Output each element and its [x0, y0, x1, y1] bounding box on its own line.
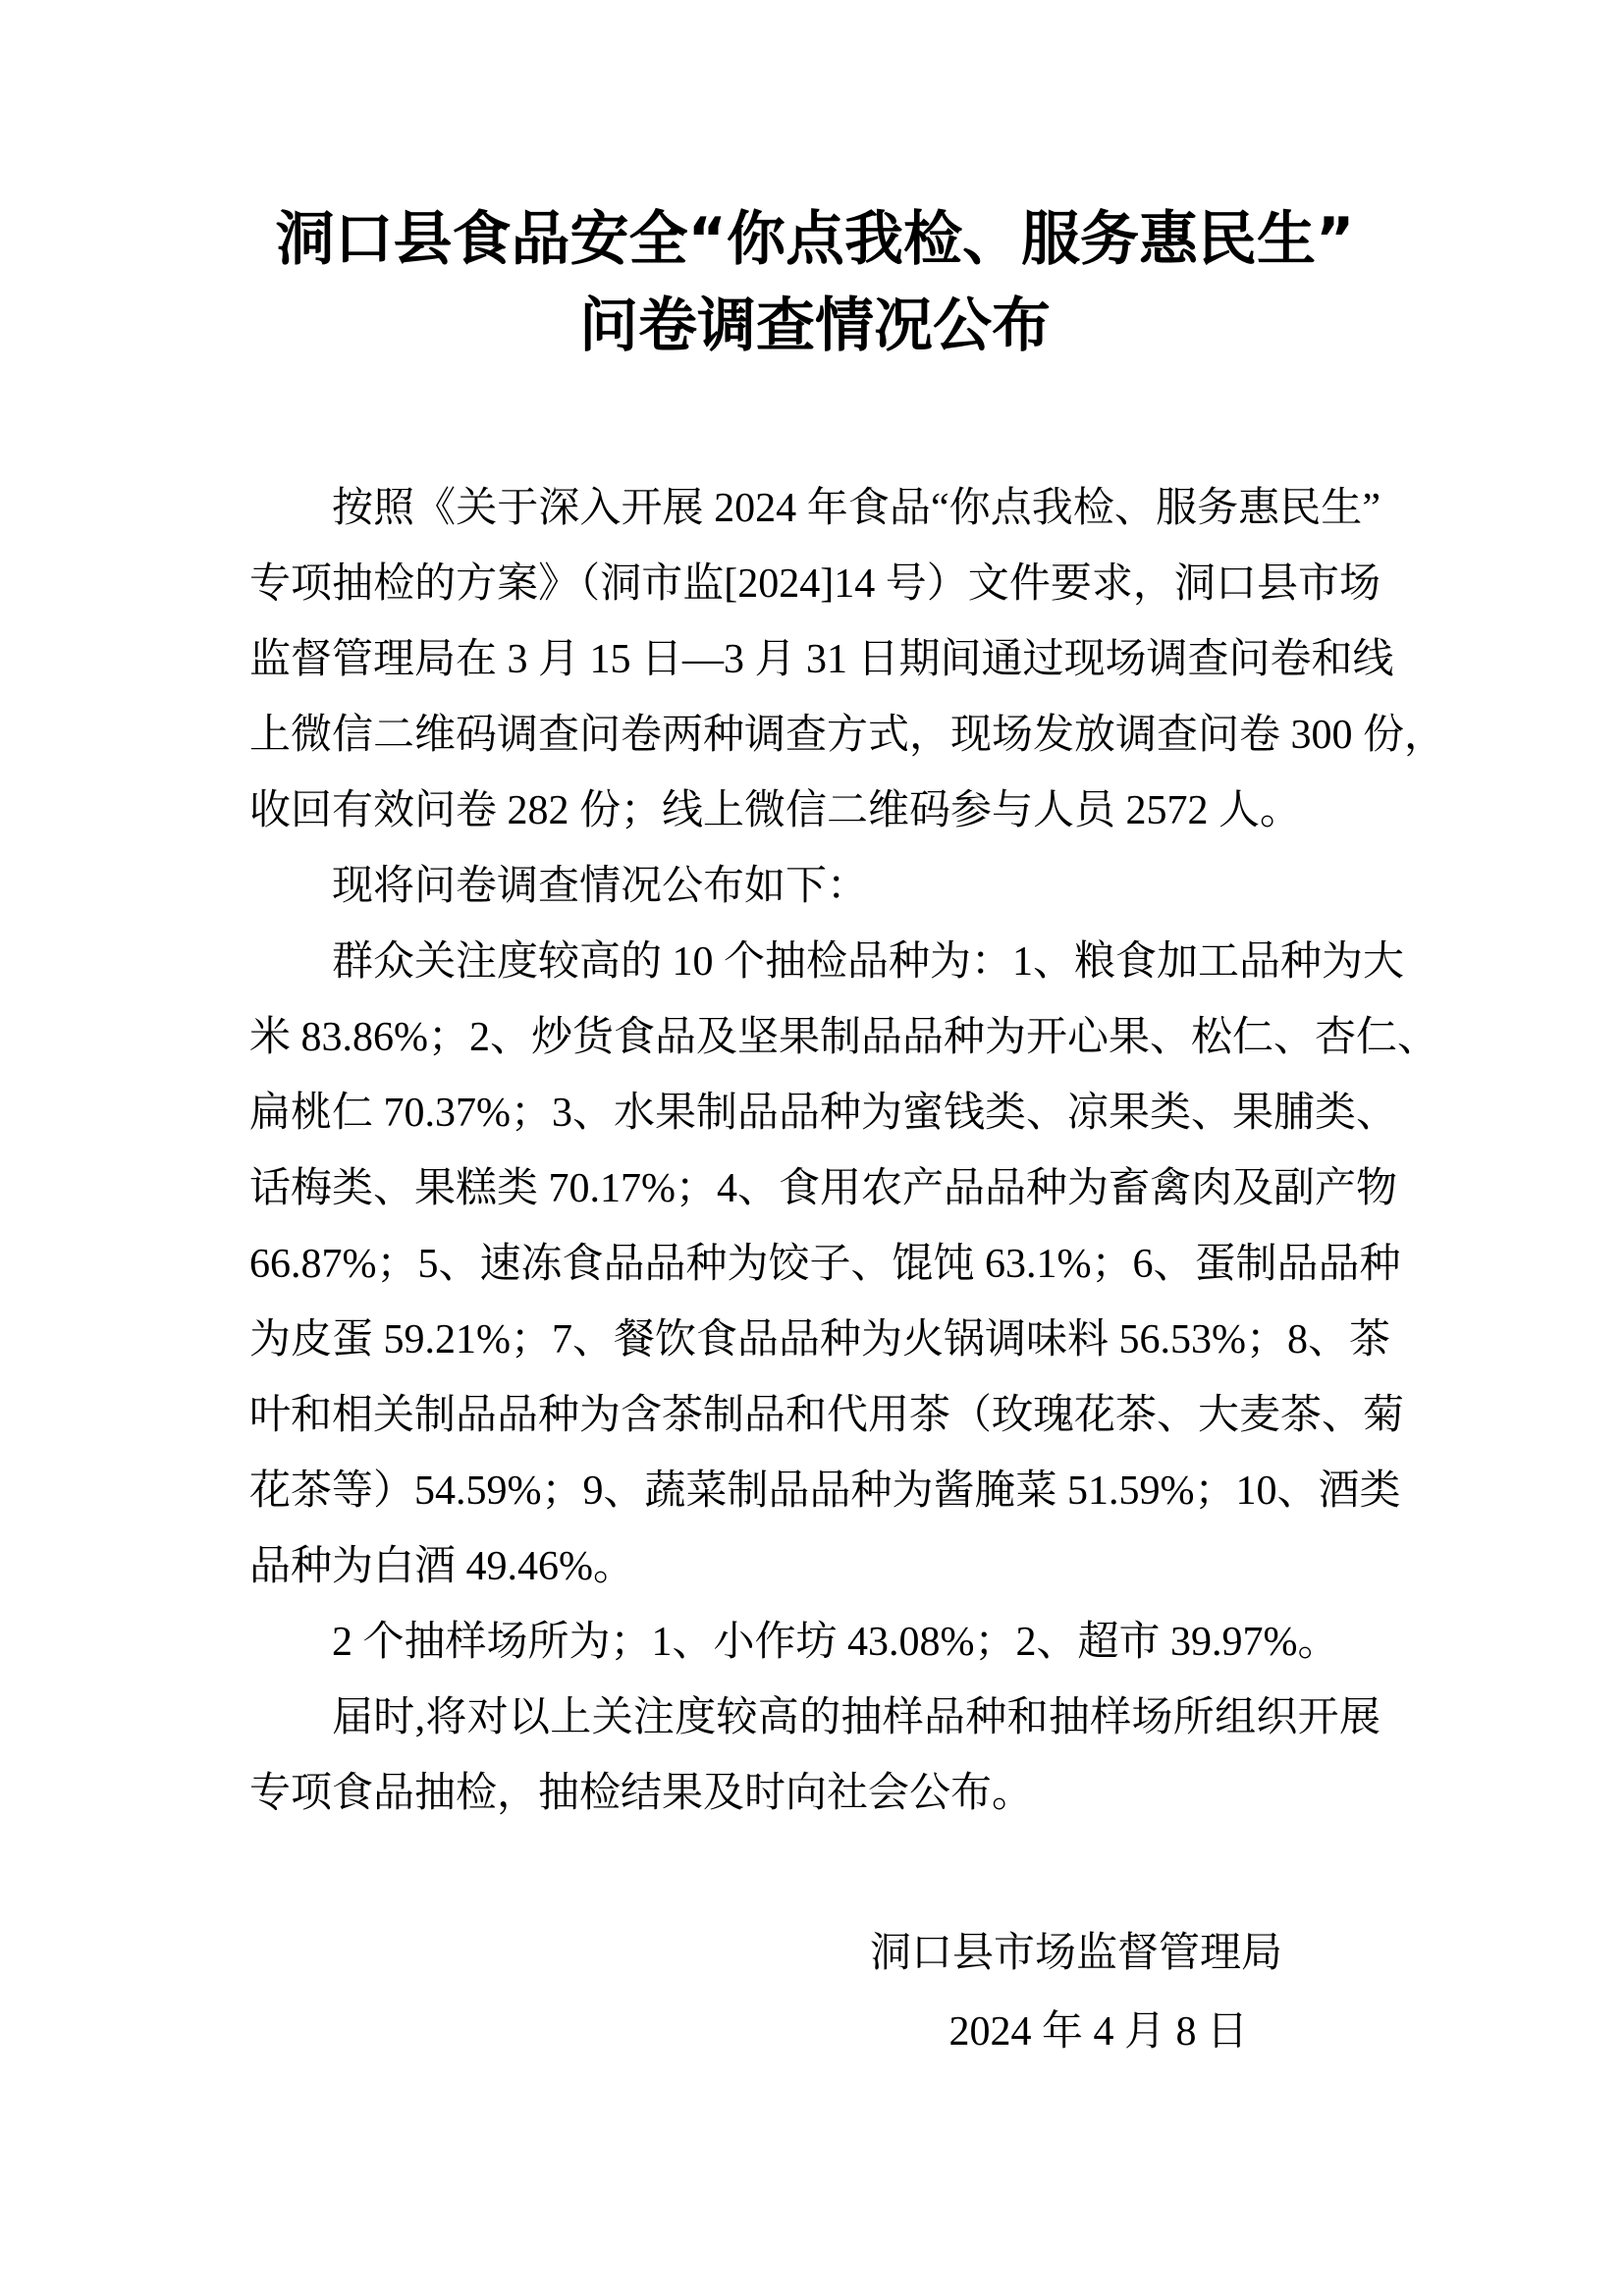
paragraph: 群众关注度较高的 10 个抽检品种为：1、粮食加工品种为大米 83.86%；2、… [249, 925, 1380, 1605]
paragraph: 按照《关于深入开展 2024 年食品“你点我检、服务惠民生”专项抽检的方案》（洞… [249, 471, 1380, 849]
body-line: 按照《关于深入开展 2024 年食品“你点我检、服务惠民生” [249, 471, 1380, 547]
paragraph: 届时,将对以上关注度较高的抽样品种和抽样场所组织开展专项食品抽检，抽检结果及时向… [249, 1681, 1380, 1832]
document-page: 洞口县食品安全“你点我检、服务惠民生” 问卷调查情况公布 按照《关于深入开展 2… [0, 0, 1624, 2296]
document-body: 按照《关于深入开展 2024 年食品“你点我检、服务惠民生”专项抽检的方案》（洞… [249, 471, 1380, 1832]
body-line: 品种为白酒 49.46%。 [249, 1529, 1380, 1605]
body-line: 届时,将对以上关注度较高的抽样品种和抽样场所组织开展 [249, 1681, 1380, 1756]
paragraph: 2 个抽样场所为；1、小作坊 43.08%；2、超市 39.97%。 [249, 1605, 1380, 1681]
title-line-1: 洞口县食品安全“你点我检、服务惠民生” [249, 196, 1380, 283]
body-line: 米 83.86%；2、炒货食品及坚果制品品种为开心果、松仁、杏仁、 [249, 1000, 1380, 1076]
body-line: 专项食品抽检，抽检结果及时向社会公布。 [249, 1756, 1380, 1832]
title-line-2: 问卷调查情况公布 [249, 283, 1380, 369]
body-line: 上微信二维码调查问卷两种调查方式，现场发放调查问卷 300 份， [249, 698, 1380, 774]
body-line: 花茶等）54.59%；9、蔬菜制品品种为酱腌菜 51.59%；10、酒类 [249, 1454, 1380, 1529]
body-line: 66.87%；5、速冻食品品种为饺子、馄饨 63.1%；6、蛋制品品种 [249, 1227, 1380, 1303]
signature-org: 洞口县市场监督管理局 [249, 1914, 1380, 1993]
document-title: 洞口县食品安全“你点我检、服务惠民生” 问卷调查情况公布 [249, 196, 1380, 369]
signature-date: 2024 年 4 月 8 日 [249, 1993, 1380, 2071]
body-line: 监督管理局在 3 月 15 日—3 月 31 日期间通过现场调查问卷和线 [249, 622, 1380, 698]
body-line: 为皮蛋 59.21%；7、餐饮食品品种为火锅调味料 56.53%；8、茶 [249, 1303, 1380, 1378]
body-line: 现将问卷调查情况公布如下： [249, 849, 1380, 925]
body-line: 专项抽检的方案》（洞市监[2024]14 号）文件要求，洞口县市场 [249, 547, 1380, 622]
document-content: 洞口县食品安全“你点我检、服务惠民生” 问卷调查情况公布 按照《关于深入开展 2… [249, 196, 1380, 2071]
body-line: 收回有效问卷 282 份；线上微信二维码参与人员 2572 人。 [249, 774, 1380, 849]
paragraph: 现将问卷调查情况公布如下： [249, 849, 1380, 925]
body-line: 叶和相关制品品种为含茶制品和代用茶（玫瑰花茶、大麦茶、菊 [249, 1378, 1380, 1454]
body-line: 群众关注度较高的 10 个抽检品种为：1、粮食加工品种为大 [249, 925, 1380, 1000]
body-line: 话梅类、果糕类 70.17%；4、食用农产品品种为畜禽肉及副产物 [249, 1151, 1380, 1227]
signature-block: 洞口县市场监督管理局 2024 年 4 月 8 日 [249, 1914, 1380, 2071]
body-line: 扁桃仁 70.37%；3、水果制品品种为蜜钱类、凉果类、果脯类、 [249, 1076, 1380, 1151]
body-line: 2 个抽样场所为；1、小作坊 43.08%；2、超市 39.97%。 [249, 1605, 1380, 1681]
